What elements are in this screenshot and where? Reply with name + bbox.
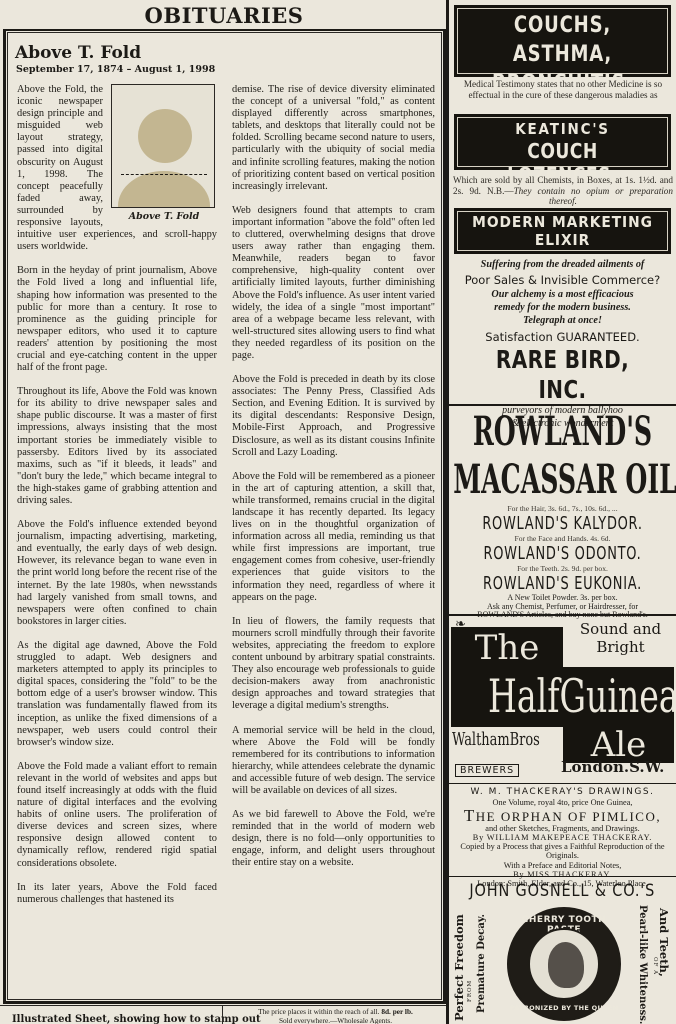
elixir-lead: Suffering from the dreaded ailments of bbox=[451, 258, 674, 271]
queen-profile-icon bbox=[548, 942, 584, 988]
cherry-tooth-paste-seal: CHERRY TOOTH PASTE PATRONIZED BY THE QUE… bbox=[507, 907, 621, 1021]
rowlands-subline: For the Hair, 3s. 6d., 7s., 10s. 6d., ..… bbox=[449, 504, 676, 513]
obituary-paragraph: In its later years, Above the Fold faced… bbox=[17, 882, 217, 906]
portrait-shoulders-shape bbox=[118, 171, 210, 208]
portrait-caption: Above T. Fold bbox=[111, 211, 217, 223]
keatings-headline: KEATINC'S bbox=[466, 120, 660, 139]
gosnell-ad: JOHN GOSNELL & CO.'S Perfect Freedom FRO… bbox=[449, 876, 676, 1024]
gosnell-right-text: And Teeth, bbox=[657, 908, 671, 977]
section-masthead: OBITUARIES bbox=[0, 2, 448, 30]
rowlands-subline: For the Face and Hands. 4s. 6d. bbox=[449, 534, 676, 543]
obituary-paragraph: Above the Fold made a valiant effort to … bbox=[17, 761, 217, 870]
sound-and-bright: Sound and Bright bbox=[567, 620, 674, 656]
ad-divider bbox=[449, 614, 676, 616]
thackeray-title-cap: T bbox=[464, 806, 476, 825]
obituary-paragraph: As we bid farewell to Above the Fold, we… bbox=[232, 809, 435, 869]
newspaper-page: OBITUARIES Above T. Fold September 17, 1… bbox=[0, 0, 676, 1024]
advertisements-column: COUCHS, ASTHMA, BRONCHITIS. Medical Test… bbox=[449, 0, 676, 1024]
keatings-ad-banner: KEATINC'S COUCH LOZENCES. bbox=[454, 114, 671, 170]
obituary-paragraph: Born in the heyday of print journalism, … bbox=[17, 265, 217, 374]
elixir-headline: MODERN MARKETING bbox=[464, 213, 662, 231]
keatings-copy-italic: They contain no opium or preparation the… bbox=[514, 186, 673, 207]
gosnell-title-text: JOHN GOSNELL & CO.'S bbox=[470, 879, 656, 903]
obituary-paragraph: demise. The rise of device diversity eli… bbox=[232, 84, 435, 193]
coughs-ad-copy: Medical Testimony states that no other M… bbox=[453, 79, 673, 100]
obituary-section: OBITUARIES Above T. Fold September 17, 1… bbox=[0, 0, 448, 1024]
rowlands-product: ROWLAND'S EUKONIA. bbox=[452, 573, 673, 594]
thackeray-line: and other Sketches, Fragments, and Drawi… bbox=[449, 824, 676, 833]
seal-inner-ring bbox=[528, 928, 600, 1000]
ale-name-text: HalfGuinea bbox=[488, 667, 676, 725]
thackeray-line: Copied by a Process that gives a Faithfu… bbox=[449, 842, 676, 860]
elixir-headline: ELIXIR bbox=[464, 231, 662, 249]
obituary-paragraph: In lieu of flowers, the family requests … bbox=[232, 616, 435, 713]
rowlands-subline: For the Teeth. 2s. 9d. per box. bbox=[449, 564, 676, 573]
price-notice-line: Sold everywhere.—Wholesale Agents. bbox=[279, 1016, 392, 1024]
thackeray-title: THE ORPHAN OF PIMLICO, bbox=[449, 808, 676, 824]
price-notice: The price places it within the reach of … bbox=[222, 1006, 448, 1024]
obituary-name: Above T. Fold bbox=[15, 42, 141, 64]
ale-slogan: Bright bbox=[567, 638, 674, 656]
ale-name: HalfGuinea bbox=[451, 667, 674, 727]
portrait-photo bbox=[111, 84, 215, 208]
ale-the: The bbox=[451, 627, 563, 667]
elixir-pitch: Our alchemy is a most efficacious bbox=[451, 288, 674, 301]
thackeray-line: By WILLIAM MAKEPEACE THACKERAY. bbox=[449, 833, 676, 843]
ale-brewers-label: BREWERS bbox=[455, 764, 519, 777]
rowlands-headline: MACASSAR OIL bbox=[453, 456, 672, 504]
ale-maker: WalthamBros bbox=[452, 729, 564, 751]
seal-bottom-text: PATRONIZED BY THE QUEEN bbox=[509, 1004, 619, 1012]
obituary-paragraph: As the digital age dawned, Above the Fol… bbox=[17, 640, 217, 749]
ad-divider bbox=[449, 404, 676, 406]
obituary-paragraph: Throughout its life, Above the Fold was … bbox=[17, 386, 217, 507]
gosnell-title: JOHN GOSNELL & CO.'S bbox=[449, 879, 676, 903]
thackeray-line: With a Preface and Editorial Notes, bbox=[449, 861, 676, 870]
gosnell-left-text: Premature Decay. bbox=[476, 914, 487, 1013]
elixir-cta: Telegraph at once! bbox=[451, 314, 674, 327]
thackeray-heading: W. M. THACKERAY'S DRAWINGS. bbox=[449, 787, 676, 798]
ale-location: London.S.W. bbox=[561, 758, 664, 776]
thackeray-line: One Volume, royal 4to, price One Guinea, bbox=[449, 798, 676, 808]
obituary-paragraph: Web designers found that attempts to cra… bbox=[232, 205, 435, 362]
portrait: Above T. Fold bbox=[111, 84, 217, 223]
elixir-ad-banner: MODERN MARKETING ELIXIR bbox=[454, 208, 671, 254]
half-guinea-ale-ad: ❧ Sound and Bright The HalfGuinea Waltha… bbox=[451, 617, 674, 783]
gosnell-right-text: Pearl-like Whiteness. bbox=[637, 905, 648, 1024]
rowlands-product: ROWLAND'S KALYDOR. bbox=[452, 513, 673, 534]
elixir-pitch: remedy for the modern business. bbox=[451, 301, 674, 314]
elixir-guarantee: Satisfaction GUARANTEED. bbox=[451, 330, 674, 345]
ale-maker-text: WalthamBros bbox=[452, 729, 540, 751]
keatings-ad-copy: Which are sold by all Chemists, in Boxes… bbox=[453, 175, 673, 207]
rowlands-ad: ROWLAND'S MACASSAR OIL For the Hair, 3s.… bbox=[449, 408, 676, 620]
coughs-headline: COUCHS, ASTHMA, bbox=[474, 11, 650, 69]
gosnell-left-text: Perfect Freedom bbox=[452, 914, 466, 1021]
obituary-paragraph: Above the Fold's influence extended beyo… bbox=[17, 519, 217, 628]
obituary-paragraph: Above the Fold will be remembered as a p… bbox=[232, 471, 435, 604]
rowlands-product: ROWLAND'S ODONTO. bbox=[452, 543, 673, 564]
ale-slogan: Sound and bbox=[567, 620, 674, 638]
obituary-paragraph: A memorial service will be held in the c… bbox=[232, 725, 435, 798]
portrait-head-shape bbox=[138, 109, 192, 163]
thackeray-title-rest: HE ORPHAN OF PIMLICO, bbox=[476, 809, 661, 824]
obituary-column-b: demise. The rise of device diversity eli… bbox=[232, 84, 435, 882]
fold-line-dashed bbox=[121, 174, 207, 175]
thackeray-ad: W. M. THACKERAY'S DRAWINGS. One Volume, … bbox=[449, 783, 676, 889]
rowlands-headline: ROWLAND'S bbox=[453, 408, 672, 456]
coughs-ad-banner: COUCHS, ASTHMA, BRONCHITIS. bbox=[454, 5, 671, 77]
bottom-clippings: Illustrated Sheet, showing how to stamp … bbox=[0, 1005, 448, 1024]
gosnell-left-text: FROM bbox=[467, 980, 473, 1002]
obituary-dates: September 17, 1874 – August 1, 1998 bbox=[16, 63, 215, 77]
obituary-paragraph: Above the Fold is preceded in death by i… bbox=[232, 374, 435, 459]
elixir-brand: RARE BIRD, INC. bbox=[473, 345, 651, 405]
obituary-column-a: Above T. Fold Above the Fold, the iconic… bbox=[17, 84, 217, 918]
gosnell-right-text: OF A bbox=[652, 957, 658, 975]
elixir-ailment: Poor Sales & Invisible Commerce? bbox=[451, 273, 674, 288]
